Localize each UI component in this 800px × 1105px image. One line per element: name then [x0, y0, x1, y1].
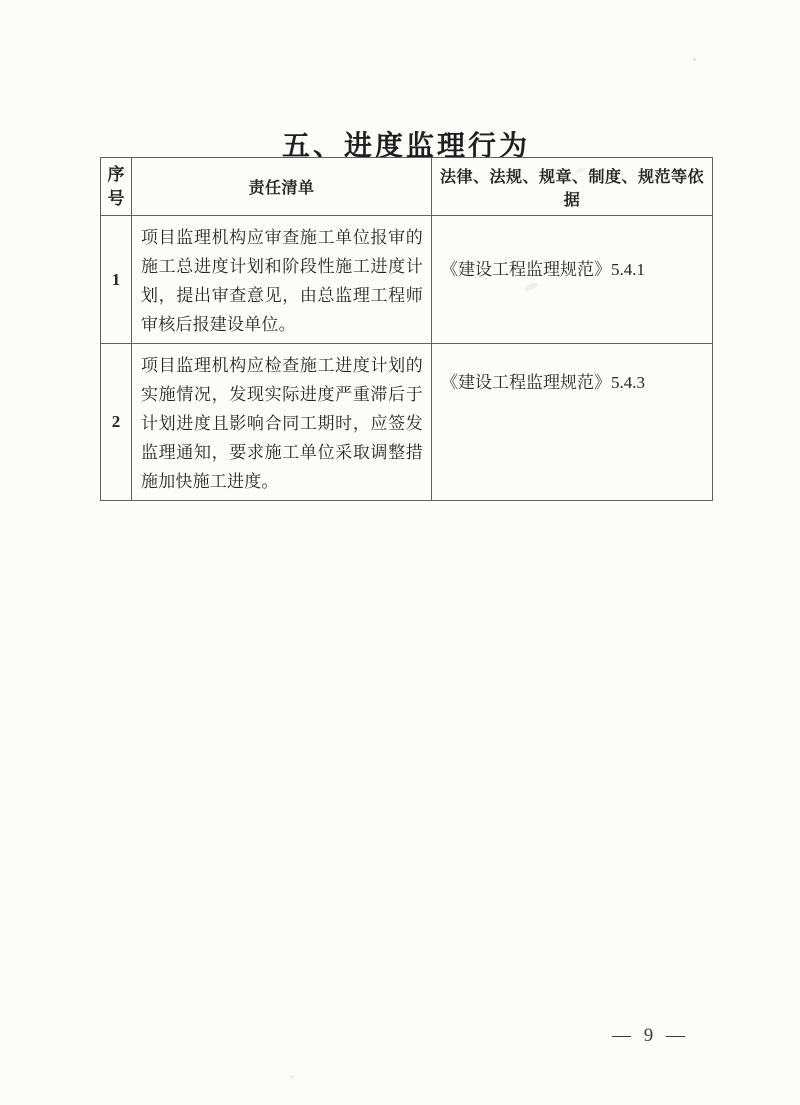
page-number: — 9 — [612, 1025, 689, 1047]
table-row: 1 项目监理机构应审查施工单位报审的施工总进度计划和阶段性施工进度计划，提出审查… [101, 216, 713, 344]
responsibility-table: 序号 责任清单 法律、法规、规章、制度、规范等依据 1 项目监理机构应审查施工单… [100, 157, 713, 501]
row-basis: 《建设工程监理规范》5.4.1 [432, 216, 713, 344]
row-basis: 《建设工程监理规范》5.4.3 [432, 344, 713, 501]
table-row: 2 项目监理机构应检查施工进度计划的实施情况，发现实际进度严重滞后于计划进度且影… [101, 344, 713, 501]
scan-artifact [290, 1075, 294, 1078]
row-responsibility: 项目监理机构应检查施工进度计划的实施情况，发现实际进度严重滞后于计划进度且影响合… [132, 344, 432, 501]
scan-artifact [693, 58, 696, 61]
header-index: 序号 [101, 158, 132, 216]
scanned-document-page: 五、进度监理行为 序号 责任清单 法律、法规、规章、制度、规范等依据 1 项目监… [0, 0, 800, 1105]
header-responsibility: 责任清单 [132, 158, 432, 216]
row-index: 2 [101, 344, 132, 501]
table-header-row: 序号 责任清单 法律、法规、规章、制度、规范等依据 [101, 158, 713, 216]
header-basis: 法律、法规、规章、制度、规范等依据 [432, 158, 713, 216]
row-responsibility: 项目监理机构应审查施工单位报审的施工总进度计划和阶段性施工进度计划，提出审查意见… [132, 216, 432, 344]
row-index: 1 [101, 216, 132, 344]
